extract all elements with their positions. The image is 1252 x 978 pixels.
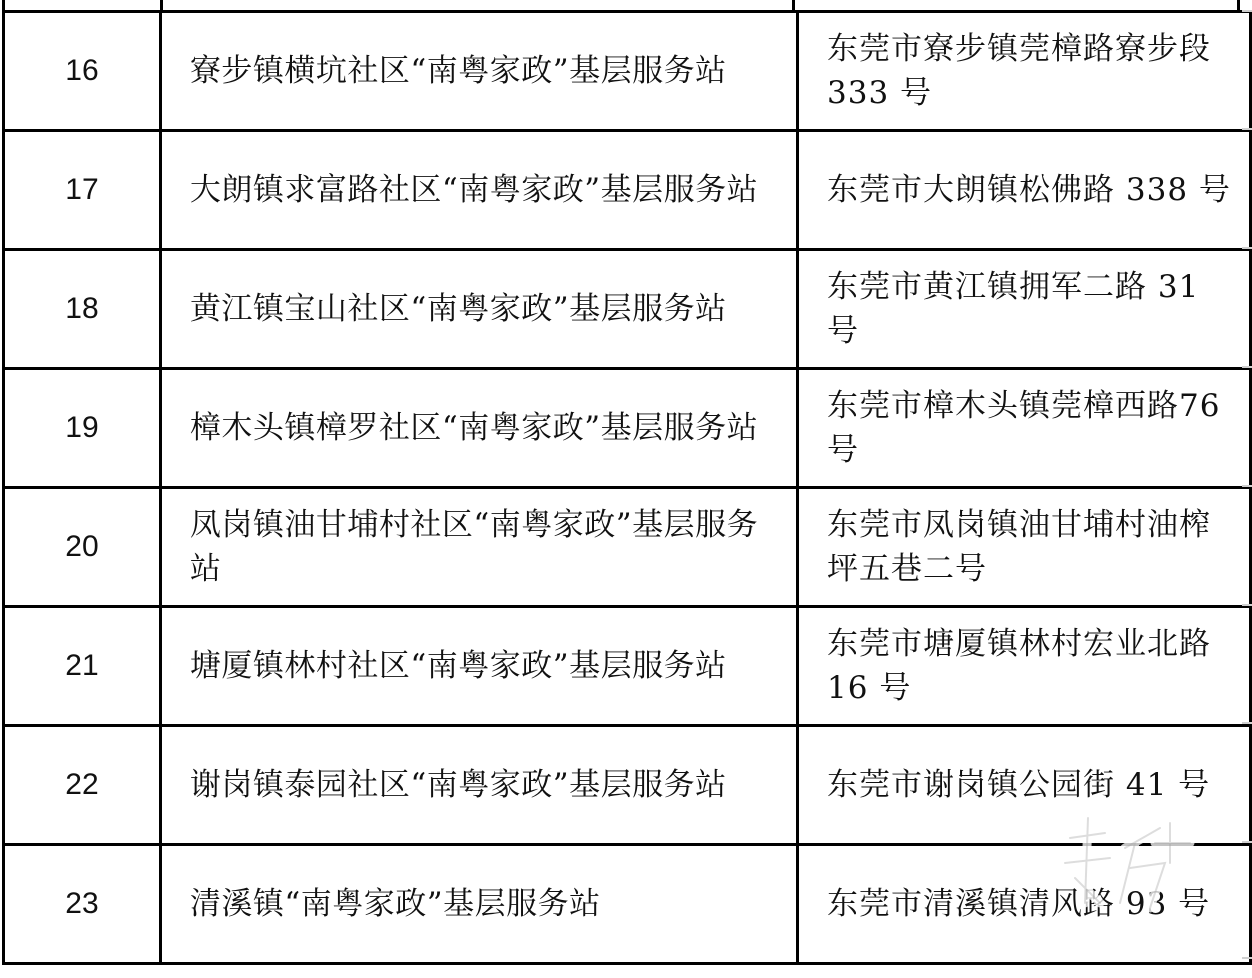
station-name: 清溪镇“南粤家政”基层服务站 [160,845,797,964]
page-edge-dash [1242,128,1252,130]
station-name: 塘厦镇林村社区“南粤家政”基层服务站 [160,607,797,726]
station-name: 寮步镇横坑社区“南粤家政”基层服务站 [160,12,797,131]
row-number: 17 [4,131,161,250]
page-edge-dash [1242,604,1252,606]
table-row: 23 清溪镇“南粤家政”基层服务站 东莞市清溪镇清风路 93 号 [4,845,1251,964]
table-row: 17 大朗镇求富路社区“南粤家政”基层服务站 东莞市大朗镇松佛路 338 号 [4,131,1251,250]
station-address: 东莞市大朗镇松佛路 338 号 [798,131,1251,250]
station-address: 东莞市寮步镇莞樟路寮步段333 号 [798,12,1251,131]
station-address: 东莞市谢岗镇公园街 41 号 [798,726,1251,845]
table-row: 22 谢岗镇泰园社区“南粤家政”基层服务站 东莞市谢岗镇公园街 41 号 [4,726,1251,845]
table-row: 20 凤岗镇油甘埔村社区“南粤家政”基层服务站 东莞市凤岗镇油甘埔村油榨坪五巷二… [4,488,1251,607]
page-edge-dash [1242,247,1252,249]
page-edge-dash [1242,841,1252,843]
table-row: 16 寮步镇横坑社区“南粤家政”基层服务站 东莞市寮步镇莞樟路寮步段333 号 [4,12,1251,131]
page-edge-dash [1242,10,1252,12]
station-name: 大朗镇求富路社区“南粤家政”基层服务站 [160,131,797,250]
row-number: 22 [4,726,161,845]
service-station-table: 16 寮步镇横坑社区“南粤家政”基层服务站 东莞市寮步镇莞樟路寮步段333 号 … [2,10,1252,965]
station-address: 东莞市凤岗镇油甘埔村油榨坪五巷二号 [798,488,1251,607]
previous-row-stub [2,0,1241,10]
station-name: 谢岗镇泰园社区“南粤家政”基层服务站 [160,726,797,845]
row-number: 21 [4,607,161,726]
row-number: 23 [4,845,161,964]
page-edge-dash [1242,722,1252,724]
station-name: 樟木头镇樟罗社区“南粤家政”基层服务站 [160,369,797,488]
row-number: 18 [4,250,161,369]
table-row: 19 樟木头镇樟罗社区“南粤家政”基层服务站 东莞市樟木头镇莞樟西路76 号 [4,369,1251,488]
row-number: 19 [4,369,161,488]
row-number: 20 [4,488,161,607]
row-number: 16 [4,12,161,131]
table-row: 18 黄江镇宝山社区“南粤家政”基层服务站 东莞市黄江镇拥军二路 31 号 [4,250,1251,369]
station-address: 东莞市樟木头镇莞樟西路76 号 [798,369,1251,488]
table-row: 21 塘厦镇林村社区“南粤家政”基层服务站 东莞市塘厦镇林村宏业北路16 号 [4,607,1251,726]
station-address: 东莞市黄江镇拥军二路 31 号 [798,250,1251,369]
station-address: 东莞市塘厦镇林村宏业北路16 号 [798,607,1251,726]
station-address: 东莞市清溪镇清风路 93 号 [798,845,1251,964]
page-edge-dash [1242,957,1252,959]
station-name: 凤岗镇油甘埔村社区“南粤家政”基层服务站 [160,488,797,607]
station-name: 黄江镇宝山社区“南粤家政”基层服务站 [160,250,797,369]
page-edge-dash [1242,366,1252,368]
page-edge-dash [1242,485,1252,487]
